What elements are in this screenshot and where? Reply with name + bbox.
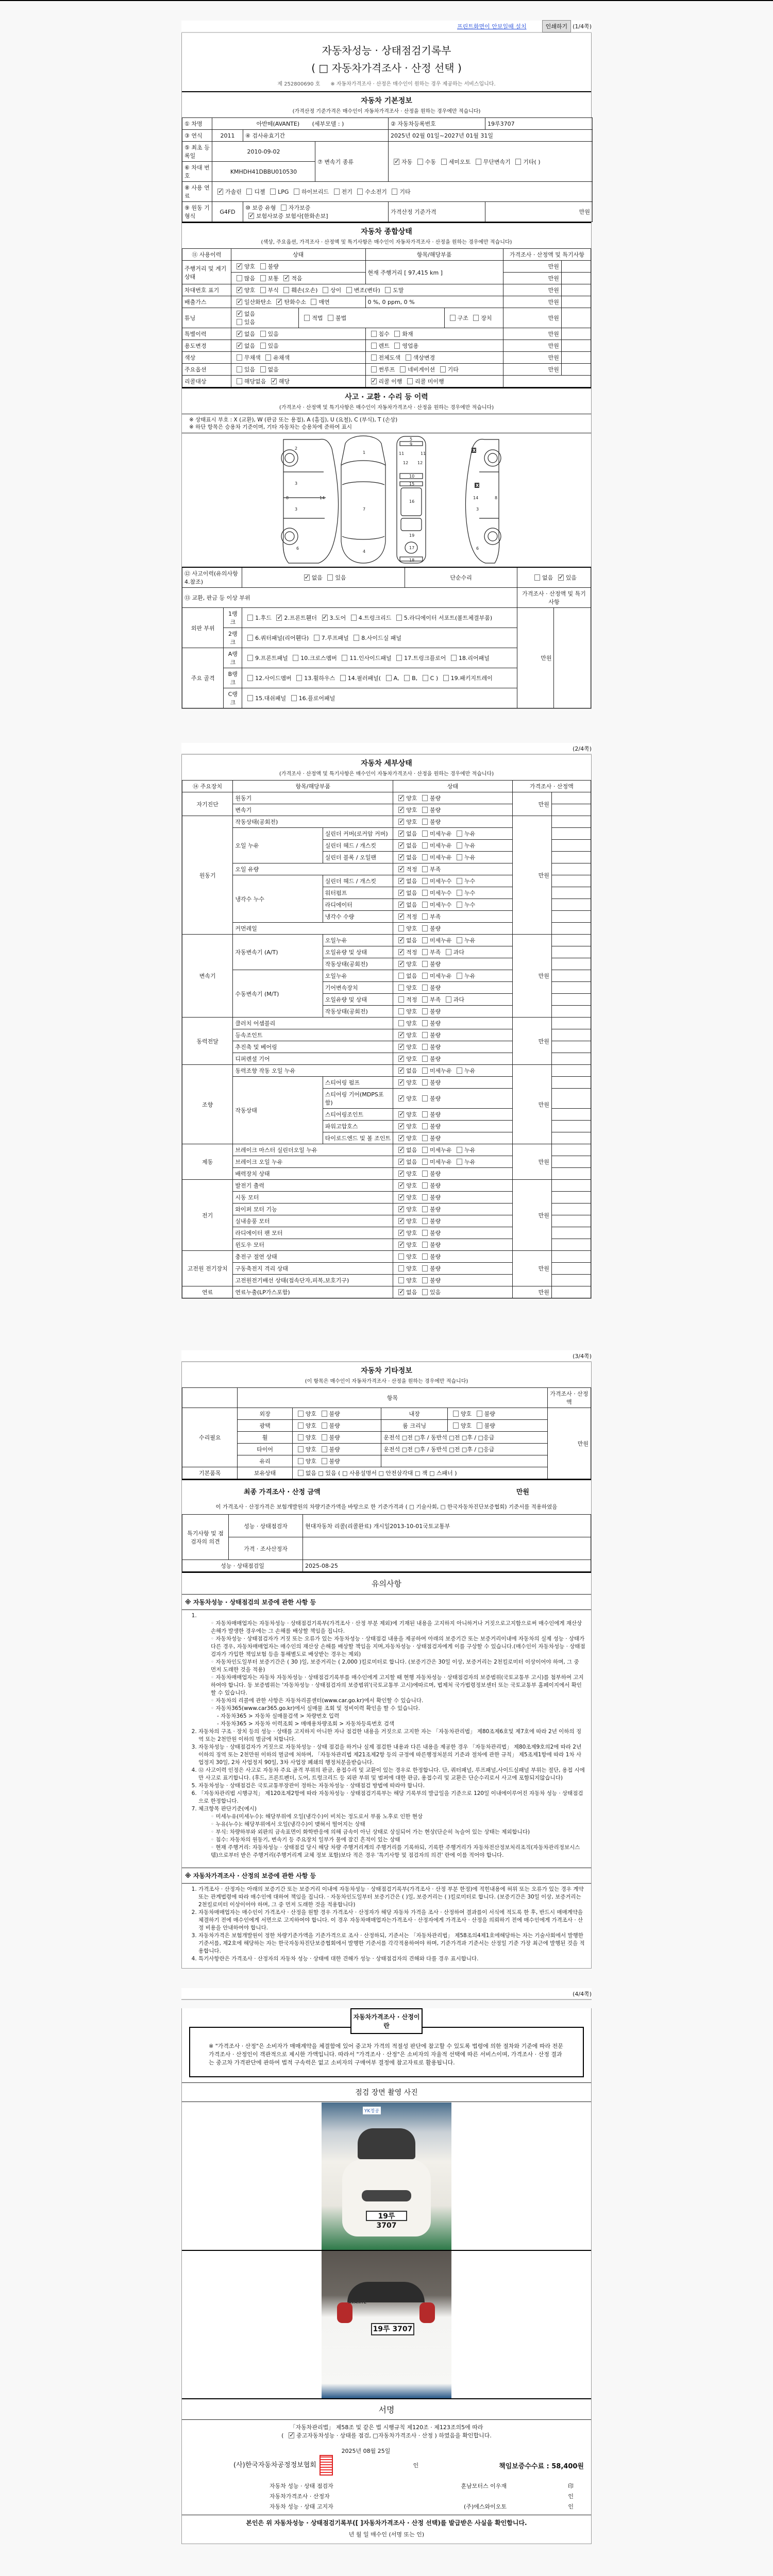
option-label: 미세누수 (430, 878, 452, 885)
checkbox[interactable] (237, 287, 242, 293)
option-label: LPG (278, 189, 289, 195)
checkbox[interactable] (298, 1470, 304, 1476)
option-label: 양호 (406, 985, 417, 991)
option-label: 18.리어패널 (459, 655, 490, 662)
checkbox[interactable] (476, 159, 481, 165)
checkbox[interactable] (322, 1411, 327, 1417)
checkbox[interactable] (422, 1289, 428, 1295)
option-label: 누유 (464, 854, 475, 861)
checkbox[interactable] (422, 1020, 428, 1026)
option-label: 보통 (268, 275, 279, 282)
sub-item: 실린더 헤드 / 개스킷 (323, 840, 393, 852)
checkbox[interactable] (422, 1123, 428, 1129)
option-label: 불량 (430, 1056, 441, 1062)
checkbox[interactable] (398, 866, 404, 872)
svg-text:X: X (476, 483, 479, 488)
checkbox[interactable] (298, 1422, 304, 1429)
checkbox[interactable] (422, 1095, 428, 1101)
checkbox[interactable] (248, 213, 254, 219)
checkbox[interactable] (422, 1147, 428, 1153)
option-label: 양호 (306, 1458, 316, 1465)
label: ⑦ 변속기 종류 (315, 142, 389, 182)
checkbox[interactable] (281, 205, 287, 211)
checkbox[interactable] (457, 1159, 462, 1165)
item: 작동상태 (233, 1077, 323, 1144)
transmission-options: 자동 수동 세미오토 무단변속기 기타( ) (389, 142, 593, 182)
checkbox[interactable] (422, 973, 428, 979)
option-label: 무단변속기 (483, 159, 511, 165)
option-label: 미세누수 (430, 890, 452, 896)
section-title: 사고 · 교환 · 수리 등 이력 (182, 388, 591, 403)
option-label: 적음 (291, 275, 302, 282)
checkbox[interactable] (293, 655, 298, 661)
checkbox[interactable] (298, 1434, 304, 1440)
checkbox[interactable] (398, 1123, 404, 1129)
checkbox[interactable] (422, 1135, 428, 1141)
item: 라디에이터 팬 모터 (233, 1227, 393, 1239)
checkbox[interactable] (422, 1277, 428, 1283)
checkbox[interactable] (276, 615, 282, 621)
option-label: B, (412, 675, 417, 682)
svg-text:8: 8 (286, 496, 289, 500)
checkbox[interactable] (398, 1079, 404, 1086)
checkbox[interactable] (558, 574, 564, 581)
page-4: 자동차가격조사 · 산정이란 ※ "가격조사 · 산정"은 소비자가 매매계약을… (181, 2008, 592, 2544)
checkbox[interactable] (398, 1230, 404, 1236)
checkbox[interactable] (457, 973, 462, 979)
checkbox[interactable] (289, 2432, 294, 2438)
checkbox[interactable] (291, 695, 297, 701)
option-label: 불량 (430, 1265, 441, 1272)
checkbox[interactable] (322, 1446, 327, 1452)
checkbox[interactable] (247, 635, 253, 641)
checkbox[interactable] (398, 1253, 404, 1260)
checkbox[interactable] (247, 615, 253, 621)
checkbox[interactable] (398, 1056, 404, 1062)
checkbox[interactable] (422, 1182, 428, 1189)
checkbox[interactable] (371, 354, 377, 361)
checkbox[interactable] (422, 949, 428, 955)
svg-text:3: 3 (295, 507, 297, 512)
checkbox[interactable] (398, 1194, 404, 1200)
item: 커먼레일 (233, 923, 393, 935)
checkbox[interactable] (422, 1044, 428, 1050)
checkbox[interactable] (283, 287, 289, 293)
checkbox[interactable] (422, 1056, 428, 1062)
checkbox[interactable] (457, 937, 462, 943)
checkbox[interactable] (314, 635, 320, 641)
print-button[interactable]: 인쇄하기 (542, 20, 572, 32)
checkbox[interactable] (398, 996, 404, 1003)
model-year: 2011 (212, 130, 243, 142)
checkbox[interactable] (260, 287, 266, 293)
checkbox[interactable] (327, 574, 333, 581)
document-title: 자동차성능 · 상태점검기록부 (182, 43, 591, 58)
option-label: 누수 (464, 878, 475, 885)
checkbox[interactable] (304, 574, 310, 581)
checkbox[interactable] (398, 1147, 404, 1153)
checkbox[interactable] (334, 189, 340, 195)
sub-item: 타이로드엔드 및 볼 조인트 (323, 1132, 393, 1144)
checkbox[interactable] (440, 366, 446, 372)
checkbox[interactable] (398, 949, 404, 955)
checkbox[interactable] (423, 675, 428, 681)
checkbox[interactable] (443, 675, 449, 681)
item: 와이퍼 모터 기능 (233, 1204, 393, 1215)
checkbox[interactable] (398, 961, 404, 967)
checkbox[interactable] (270, 189, 276, 195)
checkbox[interactable] (422, 842, 428, 849)
checkbox[interactable] (328, 315, 333, 321)
option-label: 양호 (406, 795, 417, 802)
checkbox[interactable] (398, 1135, 404, 1141)
exchange-mark-icon: X (475, 483, 479, 488)
option-label: 탄화수소 (284, 299, 306, 306)
seal-label: 인 (413, 2461, 419, 2469)
checkbox[interactable] (237, 354, 242, 361)
checkbox[interactable] (457, 1147, 462, 1153)
option-label: 장치 (481, 315, 492, 321)
option-label: 누유 (464, 1159, 475, 1165)
option-label: 있음 (244, 366, 255, 373)
option-label: 불량 (430, 1182, 441, 1189)
page-3: 자동차 기타정보 (이 항목은 매수인이 자동차가격조사 · 산정을 원하는 경… (181, 1362, 592, 1969)
checkbox[interactable] (351, 615, 357, 621)
option-label: 불량 (430, 1277, 441, 1284)
fuel-options: 가솔린 디젤 LPG 하이브리드 전기 수소전기 기타 (212, 182, 593, 202)
checkbox[interactable] (398, 819, 404, 825)
checkbox[interactable] (400, 366, 406, 372)
checkbox[interactable] (422, 1032, 428, 1038)
checkbox[interactable] (354, 635, 359, 641)
checkbox[interactable] (237, 311, 242, 317)
checkbox[interactable] (371, 343, 377, 349)
option-label: 부족 (430, 996, 441, 1003)
checkbox[interactable] (398, 1218, 404, 1224)
checkbox[interactable] (398, 925, 404, 931)
overall-status-table: ⑪ 사용이력상태항목/해당부품가격조사 · 산정액 및 특기사항주행거리 및 계… (182, 248, 591, 387)
print-help-link[interactable]: 프린트화면이 안보일때 설치 (457, 22, 527, 30)
checkbox[interactable] (422, 1253, 428, 1260)
checkbox[interactable] (247, 675, 253, 681)
option-label: 해당없음 (244, 378, 266, 385)
checkbox[interactable] (394, 343, 400, 349)
svg-text:6: 6 (476, 546, 479, 551)
option-label: 과다 (453, 996, 464, 1003)
table-row: 조향동력조향 작동 오일 누유없음 미세누유 누유만원 (182, 1065, 591, 1077)
checkbox[interactable] (398, 1289, 404, 1295)
checkbox[interactable] (398, 1182, 404, 1189)
sub-item: 실린더 커버(로커암 커버) (323, 828, 393, 840)
signature-date: 2025년 08월 25일 (141, 2447, 591, 2455)
checkbox[interactable] (422, 807, 428, 813)
checkbox[interactable] (422, 902, 428, 908)
checkbox[interactable] (398, 1020, 404, 1026)
checkbox[interactable] (473, 315, 479, 321)
checkbox[interactable] (457, 878, 462, 884)
checkbox[interactable] (451, 655, 457, 661)
checkbox[interactable] (457, 890, 462, 896)
checkbox[interactable] (422, 1230, 428, 1236)
checkbox[interactable] (446, 996, 451, 1003)
checkbox[interactable] (398, 854, 404, 860)
checkbox[interactable] (342, 655, 347, 661)
checkbox[interactable] (457, 1067, 462, 1074)
car-damage-diagram: 2338146 174 59101516191718111112 (182, 433, 591, 567)
checkbox[interactable] (446, 949, 451, 955)
checkbox[interactable] (422, 890, 428, 896)
checkbox[interactable] (237, 299, 242, 305)
checkbox[interactable] (322, 615, 328, 621)
checkbox[interactable] (322, 1458, 327, 1464)
option-label: 양호 (406, 1218, 417, 1225)
checkbox[interactable] (457, 842, 462, 849)
checkbox[interactable] (394, 159, 399, 165)
section-title: 자동차 종합상태 (182, 223, 591, 238)
checkbox[interactable] (406, 354, 411, 361)
checkbox[interactable] (534, 574, 540, 581)
checkbox[interactable] (237, 343, 242, 349)
checkbox[interactable] (396, 655, 402, 661)
checkbox[interactable] (271, 378, 277, 384)
checkbox[interactable] (457, 902, 462, 908)
checkbox[interactable] (453, 1411, 459, 1417)
checkbox[interactable] (398, 985, 404, 991)
checkbox[interactable] (298, 1446, 304, 1452)
option-label: 누유 (464, 937, 475, 944)
checkbox[interactable] (422, 985, 428, 991)
checkbox[interactable] (398, 1206, 404, 1212)
confirmation-text: 중고자동차성능 · 상태를 점검, □자동차가격조사 · 산정 ) 하였음을 확… (296, 2432, 492, 2439)
checkbox[interactable] (304, 315, 310, 321)
notes-heading: ※ 자동차성능 · 상태점검의 보증에 관한 사항 등 (182, 1594, 591, 1610)
item: 구동축전지 격리 상태 (233, 1263, 393, 1275)
checkbox[interactable] (398, 1171, 404, 1177)
signatory-row: 자동차 성능 · 상태 고지자(주)에스와이오토인 (182, 2501, 591, 2512)
checkbox[interactable] (398, 902, 404, 908)
checkbox[interactable] (237, 378, 242, 384)
checkbox[interactable] (422, 831, 428, 837)
checkbox[interactable] (237, 263, 242, 269)
option-label: 1.후드 (255, 615, 272, 621)
checkbox[interactable] (398, 1111, 404, 1117)
checkbox[interactable] (265, 354, 271, 361)
device-category: 고전원 전기장치 (182, 1251, 233, 1286)
checkbox[interactable] (398, 795, 404, 801)
appraisal-description: ※ "가격조사 · 산정"은 소비자가 매매계약을 체결함에 있어 중고차 가격… (189, 2027, 584, 2077)
checkbox[interactable] (371, 378, 377, 384)
checkbox[interactable] (453, 1422, 459, 1429)
option-label: 불량 (430, 1253, 441, 1260)
option-label: 리콜 미이행 (415, 378, 444, 385)
checkbox[interactable] (237, 275, 242, 281)
emission-values: 0 %, 0 ppm, 0 % (365, 296, 503, 308)
checkbox[interactable] (422, 819, 428, 825)
option-label: 누유 (464, 1147, 475, 1154)
item: 윈도우 모터 (233, 1239, 393, 1251)
checkbox[interactable] (422, 1194, 428, 1200)
checkbox[interactable] (422, 1265, 428, 1272)
top-toolbar: 프린트화면이 안보일때 설치 인쇄하기 (1/4쪽) (181, 21, 592, 33)
checkbox[interactable] (407, 378, 413, 384)
checkbox[interactable] (298, 1458, 304, 1464)
svg-text:19: 19 (409, 533, 414, 538)
checkbox[interactable] (515, 159, 521, 165)
option-label: 미세누유 (430, 1067, 452, 1074)
checkbox[interactable] (260, 343, 266, 349)
checkbox[interactable] (260, 366, 266, 372)
checkbox[interactable] (422, 937, 428, 943)
checkbox[interactable] (422, 961, 428, 967)
checkbox[interactable] (422, 854, 428, 860)
checkbox[interactable] (441, 159, 447, 165)
checkbox[interactable] (322, 1434, 327, 1440)
item: 디퍼렌셜 기어 (233, 1053, 393, 1065)
checkbox[interactable] (398, 1067, 404, 1074)
checkbox[interactable] (283, 275, 289, 281)
option-label: 12.사이드멤버 (255, 675, 292, 682)
checkbox[interactable] (422, 866, 428, 872)
first-registration-date: 2010-09-02 (212, 142, 315, 162)
checkbox[interactable] (276, 299, 282, 305)
association-name: (사)한국자동차공정정보협회 (233, 2462, 316, 2469)
checkbox[interactable] (398, 913, 404, 920)
checkbox[interactable] (392, 189, 397, 195)
checkbox[interactable] (477, 1422, 482, 1429)
option-label: 미세누유 (430, 842, 452, 849)
checkbox[interactable] (217, 189, 223, 195)
checkbox[interactable] (398, 1008, 404, 1014)
checkbox[interactable] (237, 366, 242, 372)
option-label: 있음 (268, 331, 279, 337)
checkbox[interactable] (323, 287, 328, 293)
checkbox[interactable] (386, 675, 392, 681)
checkbox[interactable] (417, 159, 423, 165)
checkbox[interactable] (247, 695, 253, 701)
item: 브레이크 오일 누유 (233, 1156, 393, 1168)
checkbox[interactable] (422, 1079, 428, 1086)
checkbox[interactable] (398, 1095, 404, 1101)
checkbox[interactable] (398, 1044, 404, 1050)
checkbox[interactable] (422, 1218, 428, 1224)
checkbox[interactable] (260, 263, 266, 269)
car-name: 아반떼(AVANTE) (257, 121, 300, 127)
checkbox[interactable] (422, 795, 428, 801)
label: ② 자동차등록번호 (389, 118, 485, 130)
label: 성능 · 상태점검자 (229, 1515, 303, 1537)
shop-sign: YK정공 (363, 2107, 381, 2114)
option-label: 양호 (406, 1095, 417, 1102)
item: 충전구 절연 상태 (233, 1251, 393, 1263)
inspection-valid-period: 2025년 02월 01일~2027년 01월 31일 (389, 130, 593, 142)
checkbox[interactable] (247, 655, 253, 661)
checkbox[interactable] (322, 1422, 327, 1429)
checkbox[interactable] (398, 831, 404, 837)
checkbox[interactable] (371, 331, 377, 337)
checkbox[interactable] (398, 807, 404, 813)
checkbox[interactable] (477, 1411, 482, 1417)
checkbox[interactable] (340, 675, 346, 681)
option-label: 불량 (484, 1411, 495, 1417)
checkbox[interactable] (422, 1206, 428, 1212)
option-label: 없음 (406, 1067, 417, 1074)
option-label: 영업용 (402, 343, 418, 349)
inspector-opinion: 현대자동차 리콜(리콜완료) 개시일2013-10-01국토교통부 (303, 1515, 591, 1537)
checkbox[interactable] (371, 366, 377, 372)
notes-list: 자동차매매업자는 자동차성능 · 상태점검기록부(가격조사 · 산정 부분 제외… (182, 1610, 591, 1865)
checkbox[interactable] (246, 189, 252, 195)
checkbox[interactable] (260, 331, 266, 337)
checkbox[interactable] (422, 913, 428, 920)
checkbox[interactable] (298, 1411, 304, 1417)
option-label: 양호 (406, 1044, 417, 1050)
checkbox[interactable] (422, 1159, 428, 1165)
checkbox[interactable] (422, 1171, 428, 1177)
checkbox[interactable] (237, 331, 242, 337)
checkbox[interactable] (385, 287, 391, 293)
checkbox[interactable] (237, 319, 242, 325)
checkbox[interactable] (294, 189, 299, 195)
checkbox[interactable] (422, 925, 428, 931)
checkbox[interactable] (398, 1159, 404, 1165)
checkbox[interactable] (404, 675, 410, 681)
page-number: (4/4쪽) (181, 1988, 592, 2000)
checkbox[interactable] (394, 331, 400, 337)
option-label: 네비게이션 (408, 366, 435, 373)
checkbox[interactable] (398, 973, 404, 979)
row-label: 주행거리 및 계기상태 (182, 261, 231, 284)
checkbox[interactable] (422, 1067, 428, 1074)
basic-info-table: ① 차명 아반떼(AVANTE) (세부모델 : ) ② 자동차등록번호 19루… (182, 117, 593, 222)
option-label: 11.인사이드패널 (349, 655, 391, 662)
checkbox[interactable] (422, 1242, 428, 1248)
svg-text:5: 5 (410, 437, 412, 442)
checkbox[interactable] (398, 1265, 404, 1272)
label: ⑨ 원동 기형식 (182, 202, 212, 222)
checkbox[interactable] (398, 1032, 404, 1038)
signatories: 자동차 성능 · 상태 점검자훈남모터스 이우재印자동차가격조사 · 산정자인자… (182, 2476, 591, 2515)
checkbox[interactable] (396, 615, 402, 621)
checkbox[interactable] (357, 189, 363, 195)
item: 발전기 출력 (233, 1180, 393, 1192)
checkbox[interactable] (422, 1111, 428, 1117)
checkbox[interactable] (296, 675, 302, 681)
checkbox[interactable] (398, 890, 404, 896)
table-row: 동력전달클러치 어셈블리양호 불량만원 (182, 1018, 591, 1029)
checkbox[interactable] (260, 275, 266, 281)
checkbox[interactable] (422, 996, 428, 1003)
option-label: 색상변경 (413, 354, 435, 361)
checkbox[interactable] (398, 878, 404, 884)
checkbox[interactable] (450, 315, 456, 321)
checkbox[interactable] (398, 1242, 404, 1248)
checkbox[interactable] (311, 299, 316, 305)
checkbox[interactable] (398, 1277, 404, 1283)
option-label: 없음 (542, 574, 553, 581)
checkbox[interactable] (457, 854, 462, 860)
checkbox[interactable] (457, 831, 462, 837)
page-number: (3/4쪽) (181, 1350, 592, 1362)
checkbox[interactable] (422, 878, 428, 884)
checkbox[interactable] (422, 1008, 428, 1014)
option-label: 9.프론트패널 (255, 655, 288, 662)
checkbox[interactable] (346, 287, 352, 293)
checkbox[interactable] (398, 937, 404, 943)
registration-number: 19루3707 (485, 118, 593, 130)
signatory-row: 자동차 성능 · 상태 점검자훈남모터스 이우재印 (182, 2481, 591, 2491)
option-label: 불량 (430, 961, 441, 968)
checkbox[interactable] (398, 842, 404, 849)
